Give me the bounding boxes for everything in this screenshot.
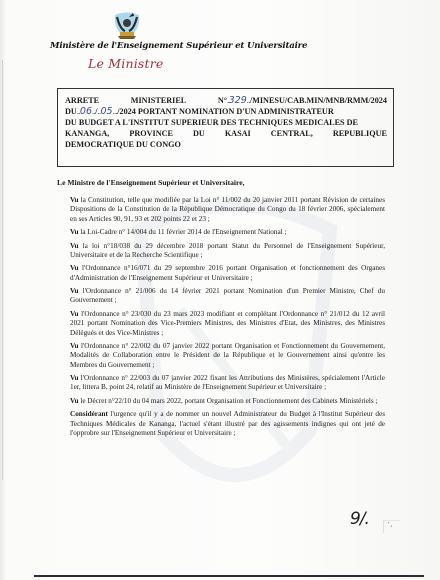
initials-stamp: ' , <box>383 520 400 533</box>
preamble-paragraph: Vu l'Ordonnance n° 21/006 du 14 février … <box>70 287 385 306</box>
paragraph-lead: Considérant <box>70 410 108 418</box>
title-text: /2024 PORTANT NOMINATION D'UN ADMINISTRA… <box>117 107 334 118</box>
title-word: CENTRAL, <box>271 129 313 140</box>
preamble-paragraph: Considérant l'urgence qu'il y a de nomme… <box>70 410 385 438</box>
paragraph-lead: Vu <box>70 264 79 272</box>
paragraph-lead: Vu <box>70 342 79 350</box>
title-text: DU BUDGET A L'INSTITUT SUPERIEUR DES TEC… <box>65 118 358 129</box>
paragraph-text: la Constitution, telle que modifiée par … <box>70 196 385 223</box>
paragraph-text: l'Ordonnance n°16/071 du 29 septembre 20… <box>70 264 385 281</box>
preamble-paragraph: Vu la loi n°18/038 du 29 décembre 2018 p… <box>70 242 385 261</box>
paragraph-text: l'urgence qu'il y a de nommer un nouvel … <box>70 410 385 437</box>
handwritten-month: 05 <box>100 107 112 118</box>
preamble-paragraph: Vu l'Ordonnance n° 22/003 du 07 janvier … <box>70 374 385 393</box>
minister-intro: Le Ministre de l'Enseignement Supérieur … <box>57 178 245 187</box>
title-word: MINISTERIEL <box>131 96 187 107</box>
paragraph-text: l'Ordonnance n° 23/030 du 23 mars 2023 m… <box>70 310 385 337</box>
title-word: KASAI <box>225 129 251 140</box>
decree-reference: /MINESU/CAB.MIN/MNB/RMM/2024 <box>250 96 387 105</box>
title-word: PROVINCE <box>129 129 173 140</box>
title-line-2: DU..06../..05.../2024 PORTANT NOMINATION… <box>65 107 387 118</box>
handwritten-page-mark: 9/. <box>350 509 369 529</box>
paragraph-text: l'Ordonnance n° 22/002 du 07 janvier 202… <box>70 342 385 369</box>
decree-title-box: ARRETE MINISTERIEL N°.329../MINESU/CAB.M… <box>57 88 394 167</box>
bottom-rule <box>34 575 424 577</box>
paragraph-lead: Vu <box>70 242 79 250</box>
title-line-4: KANANGA, PROVINCE DU KASAI CENTRAL, REPU… <box>65 129 387 140</box>
paragraph-text: la Loi-Cadre n° 14/004 du 11 février 201… <box>79 228 287 236</box>
preamble-body: Vu la Constitution, telle que modifiée p… <box>70 196 385 442</box>
title-word: REPUBLIQUE <box>333 129 387 140</box>
paragraph-text: l'Ordonnance n° 22/003 du 07 janvier 202… <box>70 374 385 391</box>
document-page: Ministère de l'Enseignement Supérieur et… <box>0 0 440 580</box>
preamble-paragraph: Vu la Loi-Cadre n° 14/004 du 11 février … <box>70 228 385 237</box>
title-word: DU <box>65 107 77 118</box>
title-line-1: ARRETE MINISTERIEL N°.329../MINESU/CAB.M… <box>65 96 387 107</box>
page-edge-shadow <box>2 60 3 480</box>
paragraph-lead: Vu <box>70 374 79 382</box>
title-word: KANANGA, <box>65 129 109 140</box>
paragraph-text: le Décret n°22/10 du 04 mars 2022, porta… <box>79 397 378 405</box>
office-title: Le Ministre <box>88 56 164 71</box>
preamble-paragraph: Vu le Décret n°22/10 du 04 mars 2022, po… <box>70 397 385 406</box>
preamble-paragraph: Vu l'Ordonnance n°16/071 du 29 septembre… <box>70 264 385 283</box>
title-line-5: DEMOCRATIQUE DU CONGO <box>65 140 387 151</box>
ministry-name: Ministère de l'Enseignement Supérieur et… <box>50 41 250 51</box>
title-text: DEMOCRATIQUE DU CONGO <box>65 140 181 151</box>
handwritten-decree-number: 329 <box>229 95 247 106</box>
preamble-paragraph: Vu la Constitution, telle que modifiée p… <box>70 196 385 224</box>
paragraph-lead: Vu <box>70 228 79 236</box>
paragraph-lead: Vu <box>70 287 79 295</box>
paragraph-lead: Vu <box>70 310 79 318</box>
paragraph-lead: Vu <box>70 397 79 405</box>
handwritten-day: 06 <box>80 107 92 118</box>
initials-mark: ' , <box>388 522 392 528</box>
title-line-3: DU BUDGET A L'INSTITUT SUPERIEUR DES TEC… <box>65 118 387 129</box>
preamble-paragraph: Vu l'Ordonnance n° 22/002 du 07 janvier … <box>70 342 385 370</box>
paragraph-lead: Vu <box>70 196 79 204</box>
decree-number: N°.329../MINESU/CAB.MIN/MNB/RMM/2024 <box>218 96 387 107</box>
number-prefix: N° <box>218 96 227 105</box>
paragraph-text: la loi n°18/038 du 29 décembre 2018 port… <box>70 242 385 259</box>
drc-coat-of-arms-icon <box>112 11 142 41</box>
preamble-paragraph: Vu l'Ordonnance n° 23/030 du 23 mars 202… <box>70 310 385 338</box>
title-word: DU <box>193 129 205 140</box>
paragraph-text: l'Ordonnance n° 21/006 du 14 février 202… <box>70 287 385 304</box>
